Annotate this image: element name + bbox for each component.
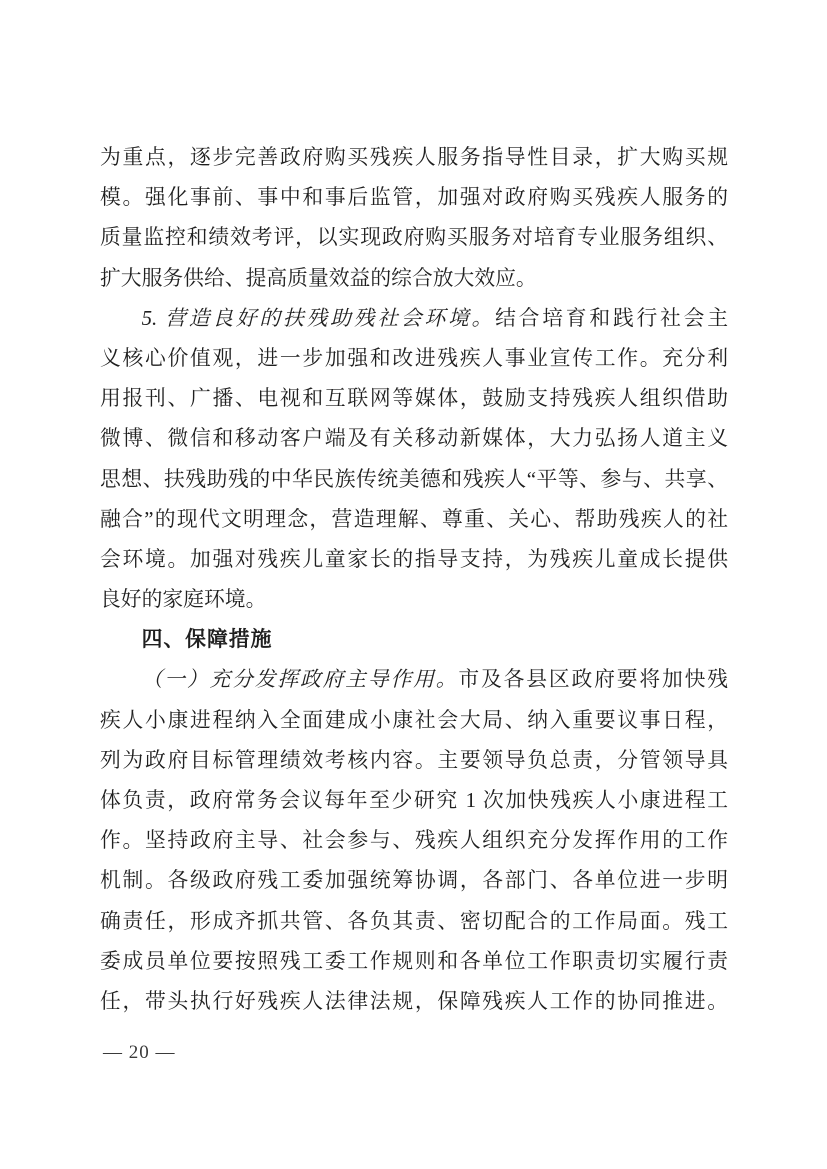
text-line: 体负责，政府常务会议每年至少研究 1 次加快残疾人小康进程工 [100, 781, 728, 821]
text-line: 会环境。加强对残疾儿童家长的指导支持，为残疾儿童成长提供 [100, 540, 728, 580]
item-lead-sentence: （一）充分发挥政府主导作用。 [142, 668, 459, 691]
document-text-block: 为重点，逐步完善政府购买残疾人服务指导性目录，扩大购买规 模。强化事前、事中和事… [100, 138, 728, 1022]
page-number: — 20 — [103, 1040, 176, 1066]
text-line: 良好的家庭环境。 [100, 580, 728, 620]
text-line: 质量监控和绩效考评，以实现政府购买服务对培育专业服务组织、 [100, 218, 728, 258]
paragraph-item-yi: （一）充分发挥政府主导作用。市及各县区政府要将加快残 疾人小康进程纳入全面建成小… [100, 660, 728, 1022]
paragraph-continuation: 为重点，逐步完善政府购买残疾人服务指导性目录，扩大购买规 模。强化事前、事中和事… [100, 138, 728, 299]
text-line: 作。坚持政府主导、社会参与、残疾人组织充分发挥作用的工作 [100, 821, 728, 861]
text-line: （一）充分发挥政府主导作用。市及各县区政府要将加快残 [100, 660, 728, 700]
text-line: 5. 营造良好的扶残助残社会环境。结合培育和践行社会主 [100, 299, 728, 339]
text-line: 用报刊、广播、电视和互联网等媒体，鼓励支持残疾人组织借助 [100, 379, 728, 419]
item-lead-rest: 市及各县区政府要将加快残 [458, 668, 728, 691]
text-line: 机制。各级政府残工委加强统筹协调，各部门、各单位进一步明 [100, 861, 728, 901]
text-line: 列为政府目标管理绩效考核内容。主要领导负总责，分管领导具 [100, 741, 728, 781]
document-page: 为重点，逐步完善政府购买残疾人服务指导性目录，扩大购买规 模。强化事前、事中和事… [0, 0, 827, 1169]
section-heading: 四、保障措施 [100, 620, 728, 660]
item-lead-sentence: 5. 营造良好的扶残助残社会环境。 [142, 307, 496, 330]
text-line: 为重点，逐步完善政府购买残疾人服务指导性目录，扩大购买规 [100, 138, 728, 178]
text-line: 模。强化事前、事中和事后监管，加强对政府购买残疾人服务的 [100, 178, 728, 218]
text-line: 融合”的现代文明理念，营造理解、尊重、关心、帮助残疾人的社 [100, 500, 728, 540]
text-line: 委成员单位要按照残工委工作规则和各单位工作职责切实履行责 [100, 942, 728, 982]
item-lead-rest: 结合培育和践行社会主 [495, 307, 728, 330]
text-line: 疾人小康进程纳入全面建成小康社会大局、纳入重要议事日程， [100, 701, 728, 741]
paragraph-item-5: 5. 营造良好的扶残助残社会环境。结合培育和践行社会主 义核心价值观，进一步加强… [100, 299, 728, 621]
text-line: 思想、扶残助残的中华民族传统美德和残疾人“平等、参与、共享、 [100, 460, 728, 500]
text-line: 微博、微信和移动客户端及有关移动新媒体，大力弘扬人道主义 [100, 419, 728, 459]
text-line: 扩大服务供给、提高质量效益的综合放大效应。 [100, 259, 728, 299]
text-line: 义核心价值观，进一步加强和改进残疾人事业宣传工作。充分利 [100, 339, 728, 379]
text-line: 确责任，形成齐抓共管、各负其责、密切配合的工作局面。残工 [100, 902, 728, 942]
text-line: 任，带头执行好残疾人法律法规，保障残疾人工作的协同推进。 [100, 982, 728, 1022]
